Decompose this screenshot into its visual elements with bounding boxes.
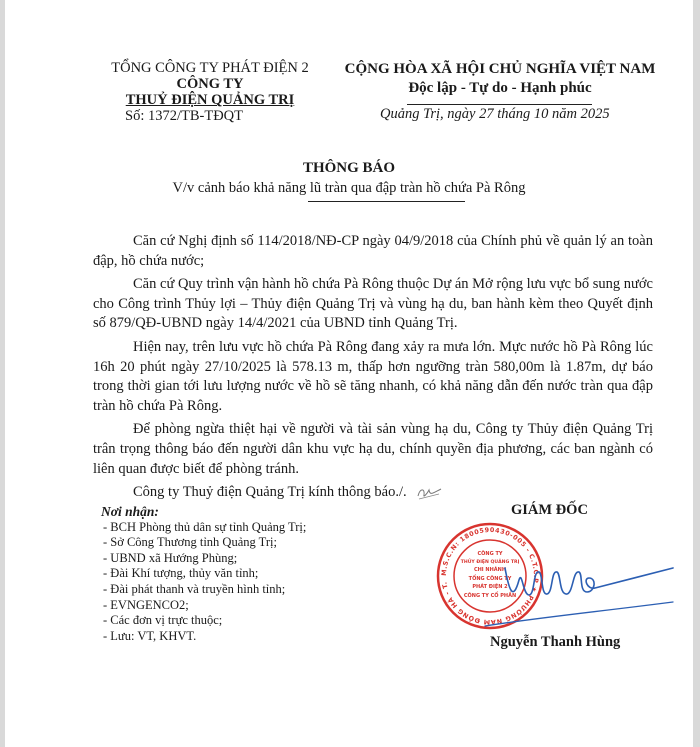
document-title: THÔNG BÁO [5, 160, 693, 177]
company-name-line1: CÔNG TY [75, 76, 345, 92]
subject-underline [308, 201, 465, 202]
list-item: - Sở Công Thương tỉnh Quảng Trị; [103, 535, 306, 551]
recipients-heading: Nơi nhận: [101, 504, 306, 520]
national-motto: Độc lập - Tự do - Hạnh phúc [335, 79, 665, 98]
closing-line: Công ty Thuỷ điện Quảng Trị kính thông b… [93, 483, 653, 503]
country-name: CỘNG HÒA XÃ HỘI CHỦ NGHĨA VIỆT NAM [335, 60, 665, 79]
body-paragraph: Hiện nay, trên lưu vực hồ chứa Pà Rông đ… [93, 338, 653, 416]
list-item: - BCH Phòng thủ dân sự tỉnh Quảng Trị; [103, 520, 306, 536]
national-header: CỘNG HÒA XÃ HỘI CHỦ NGHĨA VIỆT NAM Độc l… [335, 60, 665, 98]
list-item: - Đài Khí tượng, thủy văn tỉnh; [103, 566, 306, 582]
handwritten-signature-icon [475, 540, 675, 630]
list-item: - UBND xã Hướng Phùng; [103, 551, 306, 567]
recipients-block: Nơi nhận: - BCH Phòng thủ dân sự tỉnh Qu… [101, 504, 306, 644]
list-item: - EVNGENCO2; [103, 598, 306, 614]
signer-name: Nguyễn Thanh Hùng [490, 634, 620, 651]
document-number: Số: 1372/TB-TĐQT [75, 108, 345, 124]
list-item: - Đài phát thanh và truyền hình tỉnh; [103, 582, 306, 598]
document-page: TỔNG CÔNG TY PHÁT ĐIỆN 2 CÔNG TY THUỶ ĐI… [5, 0, 693, 747]
document-body: Căn cứ Nghị định số 114/2018/NĐ-CP ngày … [93, 232, 653, 507]
body-paragraph: Căn cứ Quy trình vận hành hồ chứa Pà Rôn… [93, 275, 653, 334]
document-subject: V/v cảnh báo khả năng lũ tràn qua đập tr… [5, 180, 693, 197]
recipients-list: - BCH Phòng thủ dân sự tỉnh Quảng Trị; -… [101, 520, 306, 645]
initials-mark-icon [415, 484, 443, 502]
signer-title: GIÁM ĐỐC [511, 502, 588, 519]
issuer-block: TỔNG CÔNG TY PHÁT ĐIỆN 2 CÔNG TY THUỶ ĐI… [75, 60, 345, 124]
parent-organization: TỔNG CÔNG TY PHÁT ĐIỆN 2 [75, 60, 345, 76]
company-name-line2: THUỶ ĐIỆN QUẢNG TRỊ [75, 92, 345, 108]
place-date: Quảng Trị, ngày 27 tháng 10 năm 2025 [380, 106, 680, 123]
motto-underline [407, 104, 592, 105]
closing-text: Công ty Thuỷ điện Quảng Trị kính thông b… [133, 484, 407, 500]
list-item: - Lưu: VT, KHVT. [103, 629, 306, 645]
list-item: - Các đơn vị trực thuộc; [103, 613, 306, 629]
body-paragraph: Căn cứ Nghị định số 114/2018/NĐ-CP ngày … [93, 232, 653, 271]
body-paragraph: Để phòng ngừa thiệt hại về người và tài … [93, 420, 653, 479]
